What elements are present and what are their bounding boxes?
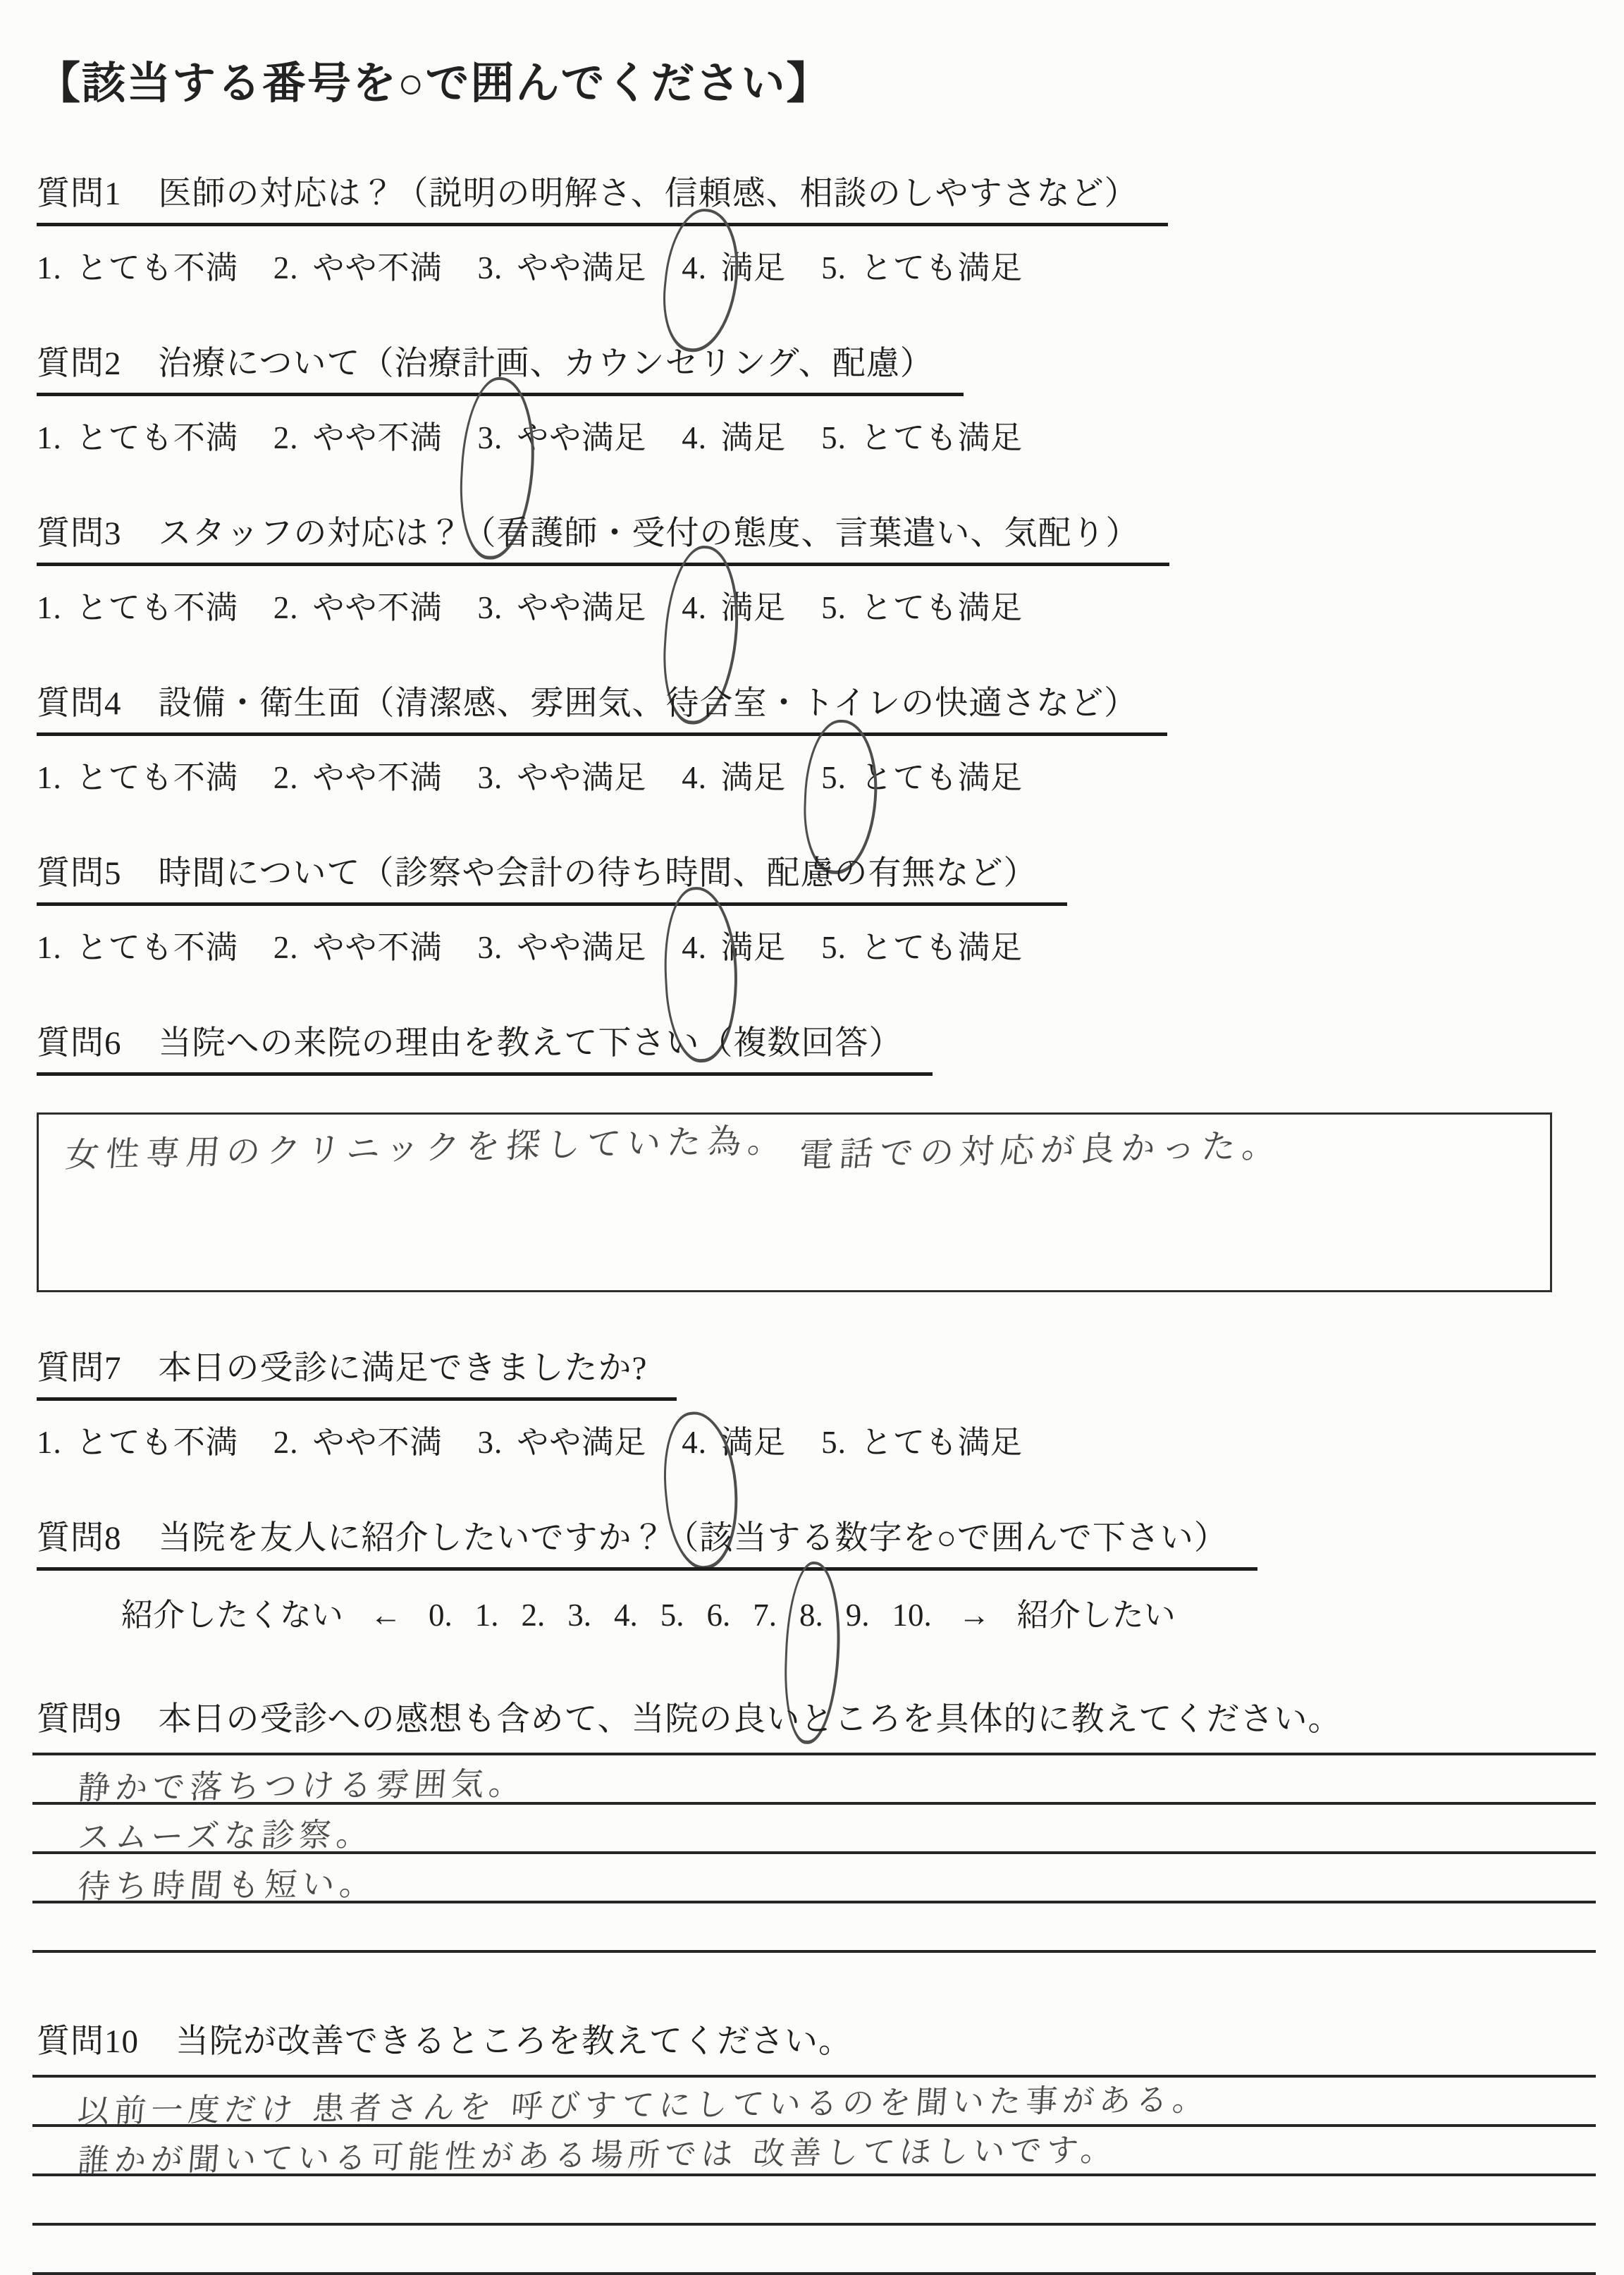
- free-answer-box: 女性専用のクリニックを探していた為。電話での対応が良かった。: [37, 1112, 1552, 1292]
- option-number: 4.: [682, 250, 707, 286]
- scale-option: 1.とても不満: [37, 412, 238, 458]
- scale-option: 3.やや満足: [478, 582, 647, 627]
- scale-option: 3.やや満足: [478, 1416, 647, 1462]
- handwritten-answer: 待ち時間も短い。: [76, 1858, 379, 1908]
- option-number: 4.: [682, 930, 707, 965]
- question-q5: 質問5時間について（診察や会計の待ち時間、配慮の有無など）1.とても不満2.やや…: [37, 847, 1594, 967]
- scale-option: 5.とても満足: [821, 921, 1023, 967]
- nps-right-label: 紹介したい: [1017, 1589, 1176, 1635]
- option-number: 3.: [478, 930, 503, 965]
- question-q4: 質問4設備・衛生面（清潔感、雰囲気、待合室・トイレの快適さなど）1.とても不満2…: [37, 677, 1594, 797]
- option-label: 満足: [721, 420, 786, 455]
- question-heading: 質問1医師の対応は？（説明の明解さ、信頼感、相談のしやすさなど）: [37, 167, 1168, 226]
- question-number-label: 質問4: [37, 685, 122, 722]
- option-label: やや不満: [313, 420, 443, 455]
- question-title: 本日の受診に満足できましたか?: [159, 1350, 648, 1387]
- handwritten-answer: 静かで落ちつける雰囲気。: [76, 1758, 528, 1809]
- question-title: 当院を友人に紹介したいですか？（該当する数字を○で囲んで下さい）: [159, 1520, 1228, 1557]
- option-number: 2.: [273, 760, 299, 795]
- scale-option: 5.とても満足: [821, 412, 1023, 458]
- option-number: 2.: [273, 250, 299, 286]
- scale-option: 2.やや不満: [273, 1416, 443, 1462]
- scale-option: 1.とても不満: [37, 1416, 238, 1462]
- question-title: 時間について（診察や会計の待ち時間、配慮の有無など）: [159, 855, 1038, 892]
- option-number: 1.: [37, 930, 62, 965]
- question-title: 当院への来院の理由を教えて下さい（複数回答）: [159, 1025, 903, 1062]
- option-label: やや不満: [313, 1425, 443, 1460]
- question-q2: 質問2治療について（治療計画、カウンセリング、配慮）1.とても不満2.やや不満3…: [37, 337, 1594, 458]
- scale-option: 1.とても不満: [37, 582, 238, 627]
- option-number: 1.: [37, 420, 62, 455]
- option-label: 満足: [721, 760, 786, 795]
- option-number: 3.: [478, 760, 503, 795]
- question-number-label: 質問2: [37, 345, 122, 382]
- option-label: やや満足: [517, 590, 646, 625]
- question-number-label: 質問5: [37, 855, 122, 892]
- option-number: 1.: [37, 760, 62, 795]
- ruled-line: [32, 1903, 1596, 1953]
- option-number: 1.: [37, 250, 62, 286]
- option-number: 3.: [478, 420, 503, 455]
- question-q3: 質問3スタッフの対応は？（看護師・受付の態度、言葉遣い、気配り）1.とても不満2…: [37, 507, 1594, 627]
- scale-option: 2.やや不満: [273, 242, 443, 288]
- question-number-label: 質問10: [37, 2023, 139, 2060]
- scale-option: 5.とても満足: [821, 752, 1023, 797]
- ruled-line: 静かで落ちつける雰囲気。: [32, 1755, 1596, 1805]
- option-number: 5.: [821, 250, 847, 286]
- question-q10: 質問10当院が改善できるところを教えてください。以前一度だけ 患者さんを 呼びす…: [37, 2015, 1594, 2275]
- option-label: 満足: [721, 590, 786, 625]
- option-label: とても満足: [861, 1425, 1023, 1460]
- question-heading: 質問4設備・衛生面（清潔感、雰囲気、待合室・トイレの快適さなど）: [37, 677, 1167, 736]
- question-heading: 質問10当院が改善できるところを教えてください。: [37, 2015, 852, 2062]
- scale-option: 4.満足: [682, 242, 786, 288]
- nps-number: 6.: [707, 1597, 731, 1633]
- option-label: 満足: [721, 250, 786, 286]
- nps-left-label: 紹介したくない: [121, 1589, 343, 1635]
- option-label: とても満足: [861, 420, 1023, 455]
- option-label: やや不満: [313, 760, 443, 795]
- question-heading: 質問9本日の受診への感想も含めて、当院の良いところを具体的に教えてください。: [37, 1693, 1342, 1740]
- question-heading: 質問6当院への来院の理由を教えて下さい（複数回答）: [37, 1017, 933, 1076]
- option-number: 4.: [682, 760, 707, 795]
- scale-option: 4.満足: [682, 412, 786, 458]
- question-heading: 質問3スタッフの対応は？（看護師・受付の態度、言葉遣い、気配り）: [37, 507, 1169, 566]
- option-label: やや不満: [313, 250, 443, 286]
- question-q7: 質問7本日の受診に満足できましたか?1.とても不満2.やや不満3.やや満足4.満…: [37, 1342, 1594, 1462]
- question-number-label: 質問9: [37, 1701, 122, 1738]
- handwritten-answer: 以前一度だけ 患者さんを 呼びすてにしているのを聞いた事がある。: [76, 2073, 1211, 2131]
- scale-options-row: 1.とても不満2.やや不満3.やや満足4.満足5.とても満足: [37, 582, 1594, 627]
- option-number: 4.: [682, 590, 707, 625]
- option-label: とても不満: [76, 250, 238, 286]
- option-number: 1.: [37, 1425, 62, 1460]
- option-number: 2.: [273, 420, 299, 455]
- ruled-line: 待ち時間も短い。: [32, 1854, 1596, 1903]
- option-label: やや満足: [517, 1425, 646, 1460]
- question-q9: 質問9本日の受診への感想も含めて、当院の良いところを具体的に教えてください。静か…: [37, 1693, 1594, 1953]
- option-label: とても満足: [861, 930, 1023, 965]
- option-label: とても満足: [861, 250, 1023, 286]
- handwritten-answer: 電話での対応が良かった。: [796, 1115, 1285, 1186]
- nps-number: 5.: [660, 1597, 684, 1633]
- option-label: やや満足: [517, 420, 646, 455]
- scale-option: 4.満足: [682, 921, 786, 967]
- option-number: 5.: [821, 760, 847, 795]
- scale-option: 5.とても満足: [821, 1416, 1023, 1462]
- scale-option: 2.やや不満: [273, 412, 443, 458]
- option-label: とても満足: [861, 590, 1023, 625]
- option-number: 4.: [682, 420, 707, 455]
- scale-option: 3.やや満足: [478, 412, 647, 458]
- option-number: 5.: [821, 420, 847, 455]
- question-title: 設備・衛生面（清潔感、雰囲気、待合室・トイレの快適さなど）: [159, 685, 1138, 722]
- ruled-answer-area: 静かで落ちつける雰囲気。スムーズな診察。待ち時間も短い。: [32, 1753, 1596, 1953]
- question-heading: 質問5時間について（診察や会計の待ち時間、配慮の有無など）: [37, 847, 1067, 906]
- option-number: 2.: [273, 590, 299, 625]
- scale-option: 3.やや満足: [478, 921, 647, 967]
- handwritten-answer: 女性専用のクリニックを探していた為。: [63, 1110, 791, 1186]
- nps-number: 2.: [522, 1597, 546, 1633]
- question-number-label: 質問8: [37, 1520, 122, 1557]
- option-number: 5.: [821, 1425, 847, 1460]
- question-heading: 質問8当院を友人に紹介したいですか？（該当する数字を○で囲んで下さい）: [37, 1511, 1257, 1571]
- survey-page: 【該当する番号を○で囲んでください】 質問1医師の対応は？（説明の明解さ、信頼感…: [0, 0, 1624, 2275]
- option-label: やや満足: [517, 250, 646, 286]
- handwritten-answer: スムーズな診察。: [76, 1809, 376, 1858]
- option-label: とても不満: [76, 590, 238, 625]
- question-heading: 質問7本日の受診に満足できましたか?: [37, 1342, 677, 1401]
- option-label: とても不満: [76, 420, 238, 455]
- option-label: やや満足: [517, 760, 646, 795]
- ruled-line: [32, 2176, 1596, 2226]
- option-number: 4.: [682, 1425, 707, 1460]
- option-label: やや不満: [313, 590, 443, 625]
- scale-options-row: 1.とても不満2.やや不満3.やや満足4.満足5.とても満足: [37, 242, 1594, 288]
- scale-option: 3.やや満足: [478, 242, 647, 288]
- option-label: とても不満: [76, 1425, 238, 1460]
- question-title: 本日の受診への感想も含めて、当院の良いところを具体的に教えてください。: [159, 1701, 1342, 1738]
- option-number: 2.: [273, 1425, 299, 1460]
- question-number-label: 質問3: [37, 515, 122, 552]
- scale-options-row: 1.とても不満2.やや不満3.やや満足4.満足5.とても満足: [37, 412, 1594, 458]
- scale-options-row: 1.とても不満2.やや不満3.やや満足4.満足5.とても満足: [37, 752, 1594, 797]
- scale-option: 5.とても満足: [821, 582, 1023, 627]
- scale-option: 4.満足: [682, 1416, 786, 1462]
- nps-number: 0.: [429, 1597, 453, 1633]
- scale-options-row: 1.とても不満2.やや不満3.やや満足4.満足5.とても満足: [37, 921, 1594, 967]
- scale-option: 4.満足: [682, 752, 786, 797]
- option-number: 3.: [478, 250, 503, 286]
- question-title: 医師の対応は？（説明の明解さ、信頼感、相談のしやすさなど）: [159, 176, 1138, 212]
- option-label: とても不満: [76, 760, 238, 795]
- question-title: 当院が改善できるところを教えてください。: [176, 2023, 852, 2060]
- option-label: やや満足: [517, 930, 646, 965]
- scale-option: 3.やや満足: [478, 752, 647, 797]
- scale-option: 2.やや不満: [273, 752, 443, 797]
- ruled-line: 以前一度だけ 患者さんを 呼びすてにしているのを聞いた事がある。: [32, 2078, 1596, 2127]
- option-label: やや不満: [313, 930, 443, 965]
- nps-scale-row: 紹介したくない←0.1.2.3.4.5.6.7.8.9.10.→紹介したい: [121, 1589, 1594, 1635]
- option-label: とても不満: [76, 930, 238, 965]
- ruled-line: スムーズな診察。: [32, 1805, 1596, 1854]
- option-number: 2.: [273, 930, 299, 965]
- nps-number: 9.: [846, 1597, 870, 1633]
- ruled-answer-area: 以前一度だけ 患者さんを 呼びすてにしているのを聞いた事がある。誰かが聞いている…: [32, 2075, 1596, 2275]
- scale-option: 2.やや不満: [273, 582, 443, 627]
- nps-number: 7.: [753, 1597, 777, 1633]
- question-title: 治療について（治療計画、カウンセリング、配慮）: [159, 345, 934, 382]
- page-title: 【該当する番号を○で囲んでください】: [37, 48, 1594, 111]
- option-label: 満足: [721, 930, 786, 965]
- questions-container: 質問1医師の対応は？（説明の明解さ、信頼感、相談のしやすさなど）1.とても不満2…: [37, 167, 1594, 2275]
- question-title: スタッフの対応は？（看護師・受付の態度、言葉遣い、気配り）: [159, 515, 1140, 552]
- scale-option: 2.やや不満: [273, 921, 443, 967]
- question-q8: 質問8当院を友人に紹介したいですか？（該当する数字を○で囲んで下さい）紹介したく…: [37, 1511, 1594, 1635]
- option-label: とても満足: [861, 760, 1023, 795]
- scale-option: 1.とても不満: [37, 921, 238, 967]
- right-arrow-icon: →: [959, 1597, 990, 1633]
- question-heading: 質問2治療について（治療計画、カウンセリング、配慮）: [37, 337, 964, 396]
- question-q6: 質問6当院への来院の理由を教えて下さい（複数回答）女性専用のクリニックを探してい…: [37, 1017, 1594, 1292]
- option-number: 5.: [821, 590, 847, 625]
- scale-option: 4.満足: [682, 582, 786, 627]
- nps-number: 8.: [799, 1598, 823, 1633]
- question-number-label: 質問6: [37, 1025, 122, 1062]
- handwritten-answer: 誰かが聞いている可能性がある場所では 改善してほしいです。: [76, 2124, 1119, 2181]
- question-number-label: 質問7: [37, 1350, 122, 1387]
- option-number: 5.: [821, 930, 847, 965]
- ruled-line: [32, 2226, 1596, 2275]
- scale-option: 1.とても不満: [37, 752, 238, 797]
- scale-option: 1.とても不満: [37, 242, 238, 288]
- question-q1: 質問1医師の対応は？（説明の明解さ、信頼感、相談のしやすさなど）1.とても不満2…: [37, 167, 1594, 288]
- option-number: 3.: [478, 590, 503, 625]
- nps-number: 10.: [892, 1597, 932, 1633]
- ruled-line: 誰かが聞いている可能性がある場所では 改善してほしいです。: [32, 2127, 1596, 2176]
- nps-number: 3.: [567, 1597, 591, 1633]
- scale-option: 5.とても満足: [821, 242, 1023, 288]
- nps-number: 1.: [475, 1597, 499, 1633]
- scale-options-row: 1.とても不満2.やや不満3.やや満足4.満足5.とても満足: [37, 1416, 1594, 1462]
- option-label: 満足: [721, 1425, 786, 1460]
- option-number: 1.: [37, 590, 62, 625]
- left-arrow-icon: ←: [370, 1597, 402, 1633]
- question-number-label: 質問1: [37, 176, 122, 212]
- option-number: 3.: [478, 1425, 503, 1460]
- nps-number: 4.: [614, 1597, 638, 1633]
